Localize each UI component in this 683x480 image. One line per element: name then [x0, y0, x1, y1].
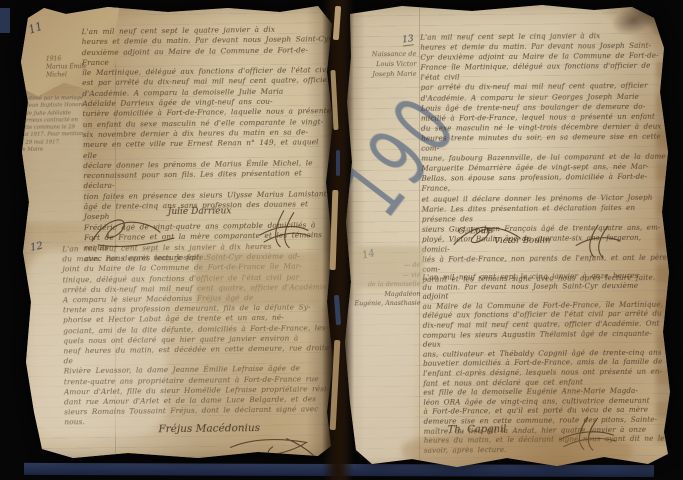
cover-corner-left: [0, 8, 10, 33]
left-page: 11 1916 Marius Émile Michel Légitimé par…: [18, 2, 338, 460]
record-number-12: 12: [29, 241, 44, 254]
record-number-13: 13: [402, 34, 415, 46]
binding-gutter: [322, 0, 354, 480]
record-number-14: 14: [361, 248, 376, 261]
right-page: 13 Naissance de Louis Victor Joseph Mari…: [342, 2, 676, 472]
scanned-register-spread: 11 1916 Marius Émile Michel Légitimé par…: [0, 0, 683, 480]
binding-thread: [333, 6, 341, 40]
record-number-11: 11: [27, 20, 44, 37]
signature-victor-boulin: Victor Boulin: [494, 236, 551, 246]
signature-flourish-icon: [556, 415, 618, 452]
binding-thread: [330, 340, 341, 430]
signature-flourish-icon: [570, 223, 624, 259]
record-12-body: L'an mil neuf cent sept le six janvier à…: [62, 241, 336, 428]
signature-flourish-icon: [227, 434, 319, 461]
signature-frejus-macedonius: Fréjus Macédonius: [158, 422, 260, 435]
binding-thread: [336, 150, 340, 176]
binding-thread: [330, 70, 338, 130]
binding-thread: [334, 295, 341, 325]
binding-thread: [330, 190, 339, 270]
signature-julie-darrieux: Julie Darrieux: [168, 206, 232, 217]
signature-th-capgnil: Th. Capgnil: [448, 424, 507, 436]
signature-g-louis: G. Louis: [458, 226, 493, 236]
